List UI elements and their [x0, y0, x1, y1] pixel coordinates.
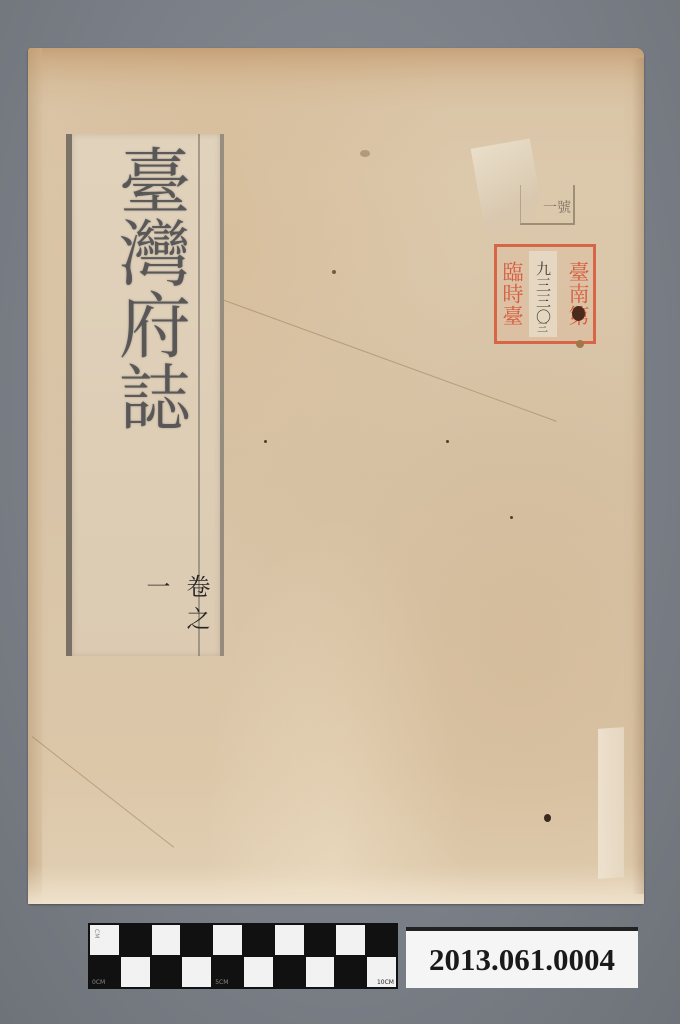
right-edge-shadow [632, 58, 644, 894]
scale-cell [306, 925, 335, 955]
scale-cell [182, 925, 211, 955]
scale-cell: 0CM [90, 957, 119, 987]
scale-cell [244, 925, 273, 955]
scale-label-0cm: 0CM [92, 979, 105, 986]
book-title: 臺灣府誌 [94, 144, 204, 432]
scale-label-cm: CM [93, 929, 100, 938]
label-box-text: 一號 [543, 197, 571, 217]
scale-cell: 5CM [213, 957, 242, 987]
title-slip: 臺灣府誌 卷之一 [66, 134, 224, 656]
scale-cell [213, 925, 242, 955]
ink-stain [572, 306, 585, 321]
scale-cell [152, 957, 181, 987]
ink-stain [544, 814, 551, 822]
scale-bar: CM 0CM 5CM 10CM [88, 923, 398, 989]
seal-right-text: 臺南第 [565, 251, 591, 337]
scale-cell [121, 925, 150, 955]
seal-left-text: 臨時臺 [499, 251, 525, 337]
foxing-spot [576, 340, 584, 348]
scale-cell [367, 925, 396, 955]
scale-cell [244, 957, 273, 987]
seal-handwritten-number: 九三三〇 [535, 261, 551, 325]
scale-cell [275, 925, 304, 955]
bottom-edge-wear [28, 864, 644, 904]
foxing-spot [510, 516, 513, 519]
scale-cell [182, 957, 211, 987]
crease-line [32, 736, 174, 848]
scale-cell [336, 957, 365, 987]
top-edge-stain [28, 48, 644, 108]
foxing-spot [360, 150, 370, 157]
red-seal-stamp: 臨時臺 九三三〇 三 臺南第 [494, 244, 596, 344]
scale-cell [152, 925, 181, 955]
seal-sub-mark: 三 [537, 319, 548, 335]
number-label-box: 一號 [520, 185, 575, 225]
scale-cell: CM [90, 925, 119, 955]
foxing-spot [264, 440, 267, 443]
catalog-number-card: 2013.061.0004 [406, 927, 638, 988]
scale-label-10cm: 10CM [377, 979, 394, 986]
scale-cell [121, 957, 150, 987]
foxing-spot [332, 270, 336, 274]
scale-cell [306, 957, 335, 987]
scale-cell: 10CM [367, 957, 396, 987]
scale-cell [275, 957, 304, 987]
book-cover: 臺灣府誌 卷之一 一號 臨時臺 九三三〇 三 臺南第 [28, 48, 644, 904]
volume-label: 卷之一 [176, 574, 216, 656]
scale-label-5cm: 5CM [215, 979, 228, 986]
scale-cell [336, 925, 365, 955]
foxing-spot [446, 440, 449, 443]
catalog-number: 2013.061.0004 [429, 942, 615, 978]
repair-tape-patch [598, 727, 624, 879]
